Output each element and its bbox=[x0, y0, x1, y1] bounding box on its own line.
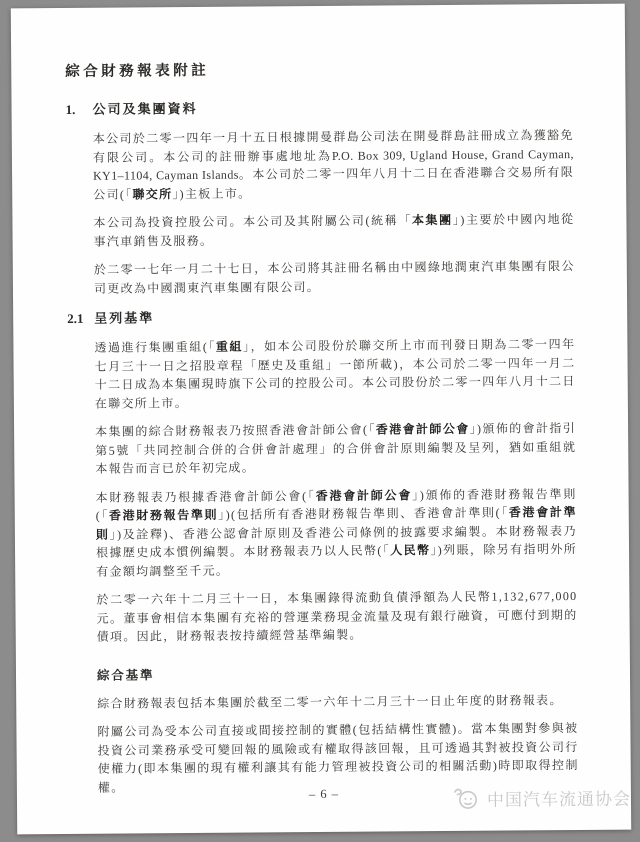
bold-defined-term: 聯交所 bbox=[132, 187, 172, 201]
paragraph: 本財務報表乃根據香港會計師公會(「香港會計師公會」)頒佈的香港財務報告準則(「香… bbox=[96, 484, 578, 580]
text-run: 綜合財務報表包括本集團於截至二零一六年十二月三十一日止年度的財務報表。 bbox=[97, 693, 563, 711]
section-title: 呈列基準 bbox=[94, 307, 154, 326]
text-run: 透過進行集團重組(「 bbox=[94, 340, 216, 355]
bold-defined-term: 重組 bbox=[216, 340, 243, 354]
bold-defined-term: 人民幣 bbox=[390, 543, 430, 557]
mascot-logo-icon bbox=[450, 785, 482, 811]
text-run: 」)主板上市。 bbox=[172, 186, 251, 201]
paragraph: 本公司為投資控股公司。本公司及其附屬公司(統稱「本集團」)主要於中國內地從事汽車… bbox=[93, 210, 574, 251]
section-heading: 1.公司及集團資料 bbox=[65, 95, 573, 118]
sub-heading: 綜合基準 bbox=[97, 661, 578, 683]
text-run: 」)(包括所有香港財務報告準則、香港會計準則(「 bbox=[218, 506, 509, 522]
paragraph: 於二零一六年十二月三十一日，本集團錄得流動負債淨額為人民幣1,132,677,0… bbox=[96, 587, 577, 646]
document-body: 1.公司及集團資料本公司於二零一四年一月十五日根據開曼群島公司法在開曼群島註冊成… bbox=[65, 95, 578, 797]
paragraph: 透過進行集團重組(「重組」，如本公司股份於聯交所上市而刊發日期為二零一四年七月三… bbox=[94, 335, 576, 413]
paragraph: 綜合財務報表包括本集團於截至二零一六年十二月三十一日止年度的財務報表。 bbox=[97, 690, 578, 712]
bold-defined-term: 香港會計師公會 bbox=[316, 488, 412, 503]
scan-background: 綜合財務報表附註 1.公司及集團資料本公司於二零一四年一月十五日根據開曼群島公司… bbox=[0, 0, 640, 842]
document-page: 綜合財務報表附註 1.公司及集團資料本公司於二零一四年一月十五日根據開曼群島公司… bbox=[11, 4, 631, 835]
text-run: 於二零一六年十二月三十一日，本集團錄得流動負債淨額為人民幣1,132,677,0… bbox=[96, 589, 577, 644]
paragraph: 於二零一七年一月二十七日，本公司將其註冊名稱由中國綠地潤東汽車集團有限公司更改為… bbox=[94, 257, 575, 298]
paragraph: 本集團的綜合財務報表乃按照香港會計師公會(「香港會計師公會」)頒佈的會計指引第5… bbox=[95, 419, 576, 478]
document-title: 綜合財務報表附註 bbox=[65, 56, 573, 81]
section-number: 1. bbox=[66, 102, 93, 118]
text-run: 附屬公司為受本公司直接或間接控制的實體(包括結構性實體)。當本集團對參與被投資公… bbox=[97, 721, 578, 794]
page-content: 綜合財務報表附註 1.公司及集團資料本公司於二零一四年一月十五日根據開曼群島公司… bbox=[65, 56, 579, 834]
text-run: 本集團的綜合財務報表乃按照香港會計師公會(「 bbox=[95, 423, 376, 439]
watermark: 中国汽车流通协会 bbox=[450, 784, 631, 811]
text-run: 本財務報表乃根據香港會計師公會(「 bbox=[96, 489, 316, 505]
section-heading: 2.1呈列基準 bbox=[67, 304, 575, 327]
paragraph: 本公司於二零一四年一月十五日根據開曼群島公司法在開曼群島註冊成立為獲豁免有限公司… bbox=[93, 126, 575, 204]
bold-defined-term: 香港財務報告準則 bbox=[109, 508, 218, 523]
section-title: 公司及集團資料 bbox=[92, 98, 197, 118]
text-run: 本公司為投資控股公司。本公司及其附屬公司(統稱「 bbox=[93, 213, 412, 230]
bold-defined-term: 本集團 bbox=[412, 213, 453, 227]
watermark-text: 中国汽车流通协会 bbox=[487, 784, 631, 810]
section-number: 2.1 bbox=[67, 311, 94, 327]
text-run: 於二零一七年一月二十七日，本公司將其註冊名稱由中國綠地潤東汽車集團有限公司更改為… bbox=[94, 259, 575, 295]
bold-defined-term: 香港會計師公會 bbox=[376, 422, 470, 437]
